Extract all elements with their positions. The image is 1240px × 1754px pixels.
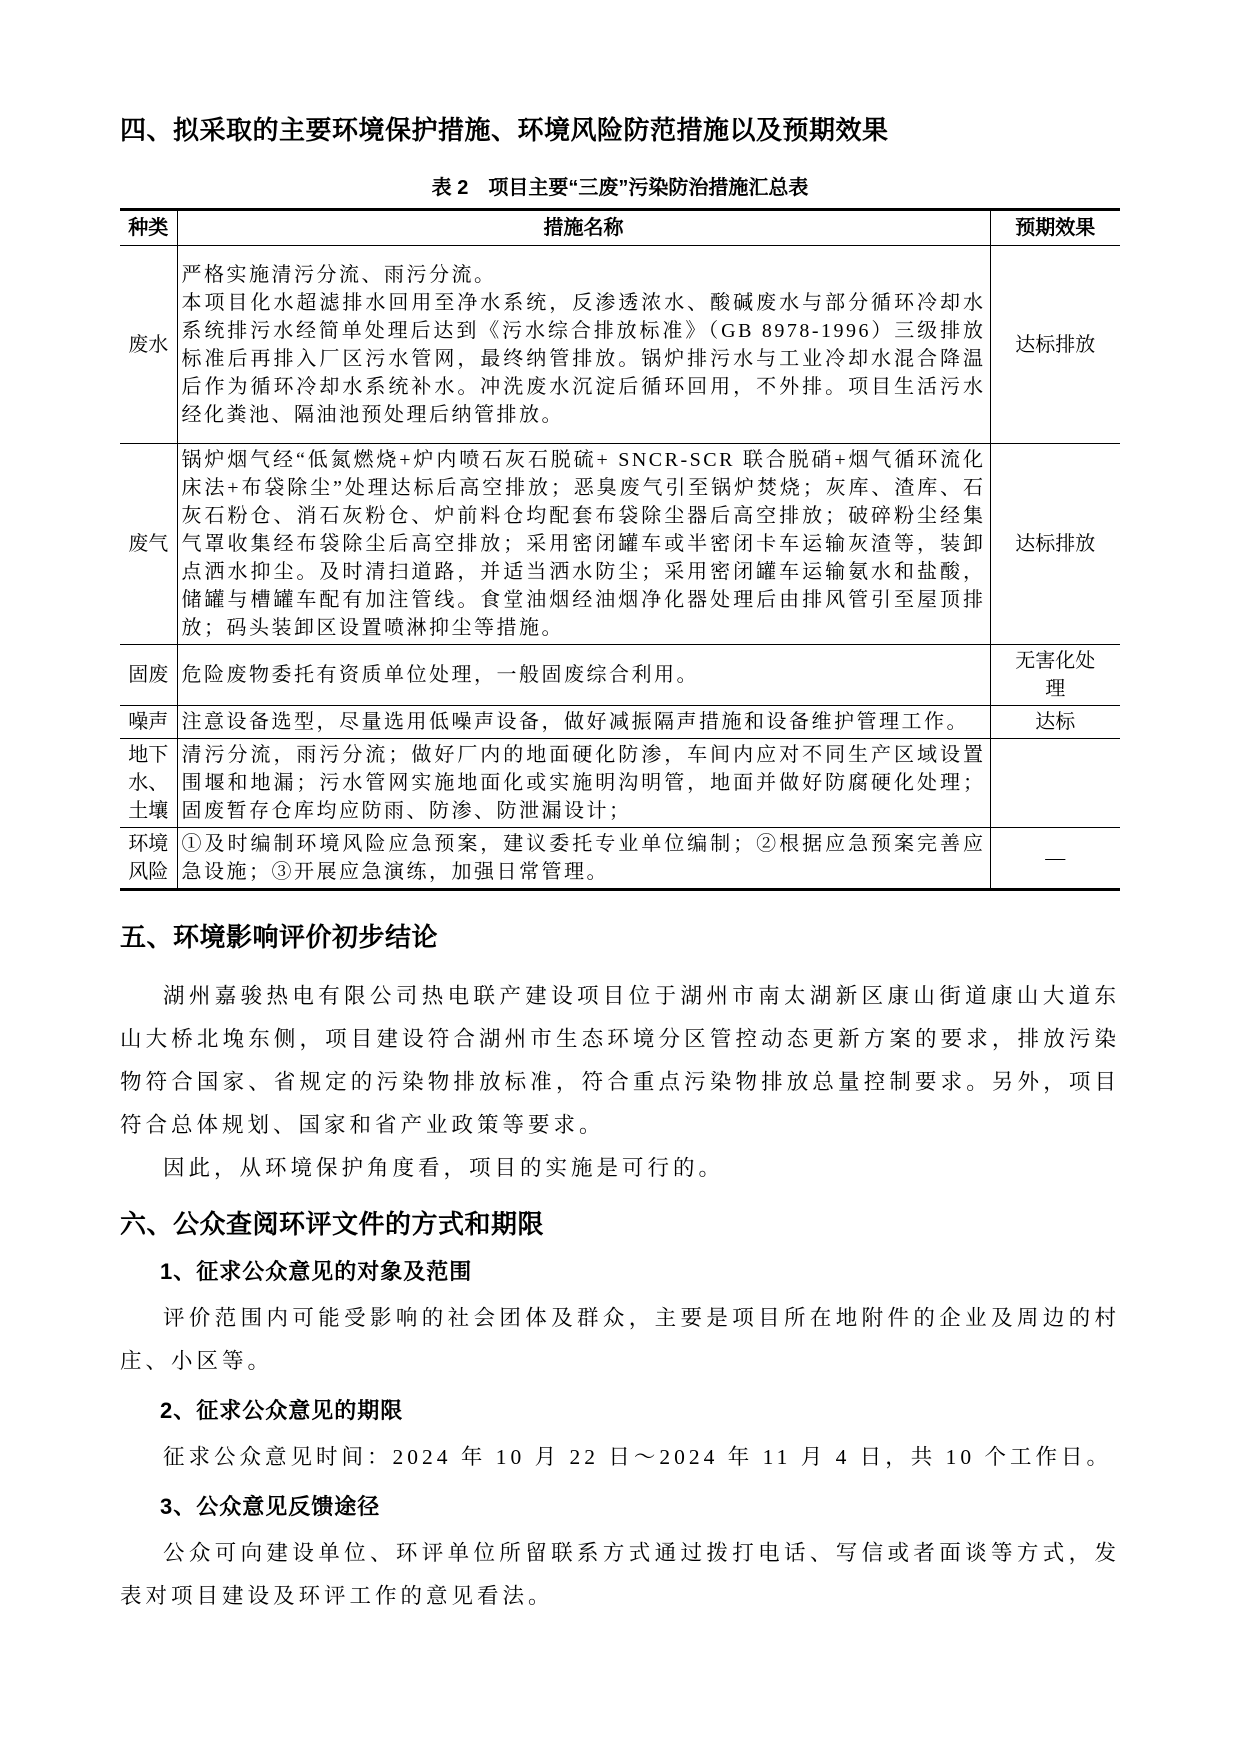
effect-cell: 达标 <box>990 706 1120 739</box>
pollution-measures-table: 种类 措施名称 预期效果 废水 严格实施清污分流、雨污分流。 本项目化水超滤排水… <box>120 208 1120 891</box>
conclusion-paragraph-2: 因此，从环境保护角度看，项目的实施是可行的。 <box>120 1147 1120 1190</box>
subsection-3-heading: 3、公众意见反馈途径 <box>120 1491 1120 1522</box>
measure-cell: 清污分流，雨污分流；做好厂内的地面硬化防渗，车间内应对不同生产区域设置围堰和地漏… <box>177 739 990 828</box>
header-cell-measure: 措施名称 <box>177 210 990 246</box>
type-cell: 环境 风险 <box>120 828 177 890</box>
table-row-environmental-risk: 环境 风险 ①及时编制环境风险应急预案，建议委托专业单位编制；②根据应急预案完善… <box>120 828 1120 890</box>
table-row-noise: 噪声 注意设备选型，尽量选用低噪声设备，做好减振隔声措施和设备维护管理工作。 达… <box>120 706 1120 739</box>
section-6-heading: 六、公众查阅环评文件的方式和期限 <box>120 1206 1120 1242</box>
effect-cell <box>990 739 1120 828</box>
feedback-paragraph: 公众可向建设单位、环评单位所留联系方式通过拨打电话、写信或者面谈等方式，发表对项… <box>120 1532 1120 1618</box>
subsection-1-heading: 1、征求公众意见的对象及范围 <box>120 1256 1120 1287</box>
effect-cell: 达标排放 <box>990 246 1120 444</box>
measure-cell: 严格实施清污分流、雨污分流。 本项目化水超滤排水回用至净水系统，反渗透浓水、酸碱… <box>177 246 990 444</box>
table-row-groundwater-soil: 地下 水、 土壤 清污分流，雨污分流；做好厂内的地面硬化防渗，车间内应对不同生产… <box>120 739 1120 828</box>
measure-cell: 危险废物委托有资质单位处理，一般固废综合利用。 <box>177 645 990 706</box>
measure-cell: ①及时编制环境风险应急预案，建议委托专业单位编制；②根据应急预案完善应急设施；③… <box>177 828 990 890</box>
document-page: 四、拟采取的主要环境保护措施、环境风险防范措施以及预期效果 表 2 项目主要“三… <box>0 0 1240 1754</box>
conclusion-paragraph-1: 湖州嘉骏热电有限公司热电联产建设项目位于湖州市南太湖新区康山街道康山大道东山大桥… <box>120 975 1120 1147</box>
period-paragraph: 征求公众意见时间：2024 年 10 月 22 日～2024 年 11 月 4 … <box>120 1436 1120 1479</box>
header-cell-type: 种类 <box>120 210 177 246</box>
type-cell: 地下 水、 土壤 <box>120 739 177 828</box>
header-cell-effect: 预期效果 <box>990 210 1120 246</box>
table-header-row: 种类 措施名称 预期效果 <box>120 210 1120 246</box>
table-row-solidwaste: 固废 危险废物委托有资质单位处理，一般固废综合利用。 无害化处 理 <box>120 645 1120 706</box>
type-cell: 噪声 <box>120 706 177 739</box>
measure-cell: 锅炉烟气经“低氮燃烧+炉内喷石灰石脱硫+ SNCR-SCR 联合脱硝+烟气循环流… <box>177 444 990 645</box>
measure-cell: 注意设备选型，尽量选用低噪声设备，做好减振隔声措施和设备维护管理工作。 <box>177 706 990 739</box>
effect-cell: — <box>990 828 1120 890</box>
table-2-caption: 表 2 项目主要“三废”污染防治措施汇总表 <box>120 174 1120 202</box>
table-row-wastegas: 废气 锅炉烟气经“低氮燃烧+炉内喷石灰石脱硫+ SNCR-SCR 联合脱硝+烟气… <box>120 444 1120 645</box>
section-4-heading: 四、拟采取的主要环境保护措施、环境风险防范措施以及预期效果 <box>120 112 1120 148</box>
type-cell: 固废 <box>120 645 177 706</box>
effect-cell: 达标排放 <box>990 444 1120 645</box>
effect-cell: 无害化处 理 <box>990 645 1120 706</box>
scope-paragraph: 评价范围内可能受影响的社会团体及群众，主要是项目所在地附件的企业及周边的村庄、小… <box>120 1297 1120 1383</box>
section-5-heading: 五、环境影响评价初步结论 <box>120 919 1120 955</box>
type-cell: 废水 <box>120 246 177 444</box>
table-row-wastewater: 废水 严格实施清污分流、雨污分流。 本项目化水超滤排水回用至净水系统，反渗透浓水… <box>120 246 1120 444</box>
subsection-2-heading: 2、征求公众意见的期限 <box>120 1395 1120 1426</box>
type-cell: 废气 <box>120 444 177 645</box>
